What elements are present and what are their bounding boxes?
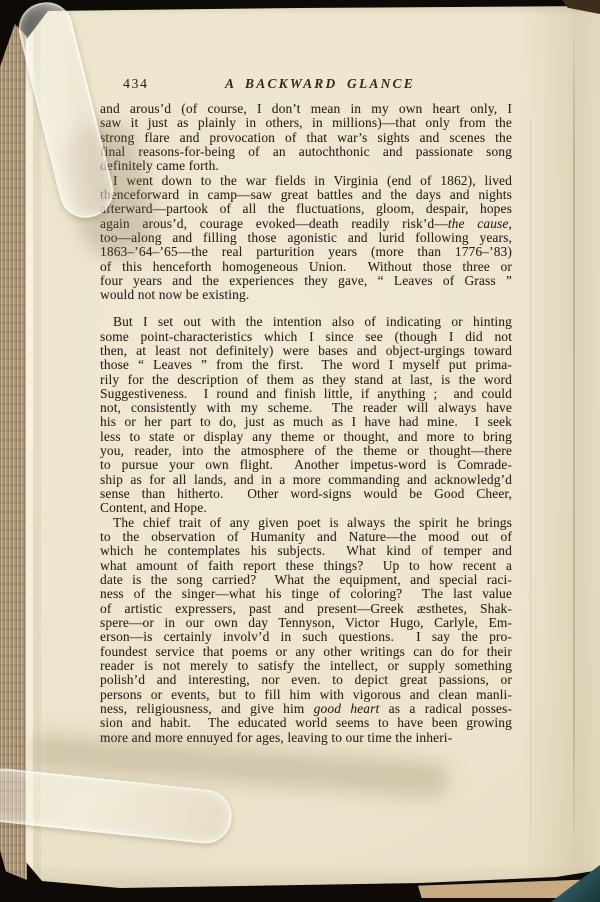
text-line: some point-characteristics which I since…: [100, 330, 512, 344]
text-line: to the observation of Humanity and Natur…: [100, 530, 512, 544]
text-line: saw it just as plainly in others, in mil…: [100, 116, 512, 130]
text-line: spere—or in our own day Tennyson, Victor…: [100, 616, 512, 630]
paragraph: But I set out with the intention also of…: [100, 315, 512, 516]
text-line: sion and habit. The educated world seems…: [100, 716, 512, 730]
text-line: final reasons-for-being of an autochthon…: [100, 145, 512, 159]
text-line: those “ Leaves ” from the first. The wor…: [100, 358, 512, 372]
text-line: The chief trait of any given poet is alw…: [100, 516, 512, 530]
italic-phrase: the cause,: [448, 216, 512, 231]
text-column: and arous’d (of course, I don’t mean in …: [100, 102, 512, 745]
text-line: ness of the singer—what his tinge of col…: [100, 587, 512, 601]
text-line: of this henceforth homogeneous Union. Wi…: [100, 260, 512, 274]
italic-phrase: good heart: [314, 701, 380, 716]
text-line: reader is not merely to satisfy the inte…: [100, 659, 512, 673]
text-line: less to state or display any theme or th…: [100, 430, 512, 444]
text-line: But I set out with the intention also of…: [100, 315, 512, 329]
page-fore-edges: [0, 24, 27, 880]
paragraph: The chief trait of any given poet is alw…: [100, 516, 512, 745]
text-line: rily for the description of them as they…: [100, 373, 512, 387]
paragraph: and arous’d (of course, I don’t mean in …: [100, 102, 512, 174]
text-line: then, at least not definitely) were base…: [100, 344, 512, 358]
text-line: not, consistently with my scheme. The re…: [100, 401, 512, 415]
text-line: to pursue your own flight. Another impet…: [100, 458, 512, 472]
text-line: again arous’d, courage evoked—death read…: [100, 217, 512, 231]
text-line: which he contemplates his subjects. What…: [100, 544, 512, 558]
text-line: afterward—partook of all the fluctuation…: [100, 202, 512, 216]
page-crease-faint: [530, 120, 531, 842]
paragraph: I went down to the war fields in Virgini…: [100, 174, 512, 303]
page-crease: [573, 0, 575, 876]
text-line: polish’d and interesting, nor even. to d…: [100, 673, 512, 687]
text-line: foundest service that poems or any other…: [100, 645, 512, 659]
text-line: his or her part to do, just as much as I…: [100, 415, 512, 429]
text-line: and arous’d (of course, I don’t mean in …: [100, 102, 512, 116]
text-line: I went down to the war fields in Virgini…: [100, 174, 512, 188]
text-line: too—along and filling those agonistic an…: [100, 231, 512, 245]
text-line: of artistic expressers, past and present…: [100, 602, 512, 616]
book-photo: 434 A BACKWARD GLANCE and arous’d (of co…: [0, 0, 600, 902]
text-line: date is the song carried? What the equip…: [100, 573, 512, 587]
text-line: what amount of faith report these things…: [100, 559, 512, 573]
text-line: erson—is certainly involv’d in such ques…: [100, 630, 512, 644]
page-right-shade: [522, 0, 600, 902]
page-header: 434 A BACKWARD GLANCE: [100, 76, 512, 94]
text-line: strong flare and provocation of that war…: [100, 131, 512, 145]
text-line: four years and the experiences they gave…: [100, 274, 512, 288]
page-top-shade: [26, 5, 600, 15]
text-line: ship as for all lands, and in a more com…: [100, 473, 512, 487]
text-line: sense than hitherto. Other word-signs wo…: [100, 487, 512, 501]
page-number: 434: [123, 77, 149, 93]
text-line: ness, religiousness, and give him good h…: [100, 702, 512, 716]
text-line: Content, and Hope.: [100, 501, 512, 515]
running-head: A BACKWARD GLANCE: [225, 76, 415, 92]
text-line: definitely came forth.: [100, 159, 512, 173]
text-line: would not now be existing.: [100, 288, 512, 302]
text-line: 1863–’64–’65—the real parturition years …: [100, 245, 512, 259]
text-line: Suggestiveness. I round and finish littl…: [100, 387, 512, 401]
text-line: persons or events, but to fill him with …: [100, 688, 512, 702]
text-line: thenceforward in camp—saw great battles …: [100, 188, 512, 202]
text-line: you, reader, into the atmosphere of the …: [100, 444, 512, 458]
